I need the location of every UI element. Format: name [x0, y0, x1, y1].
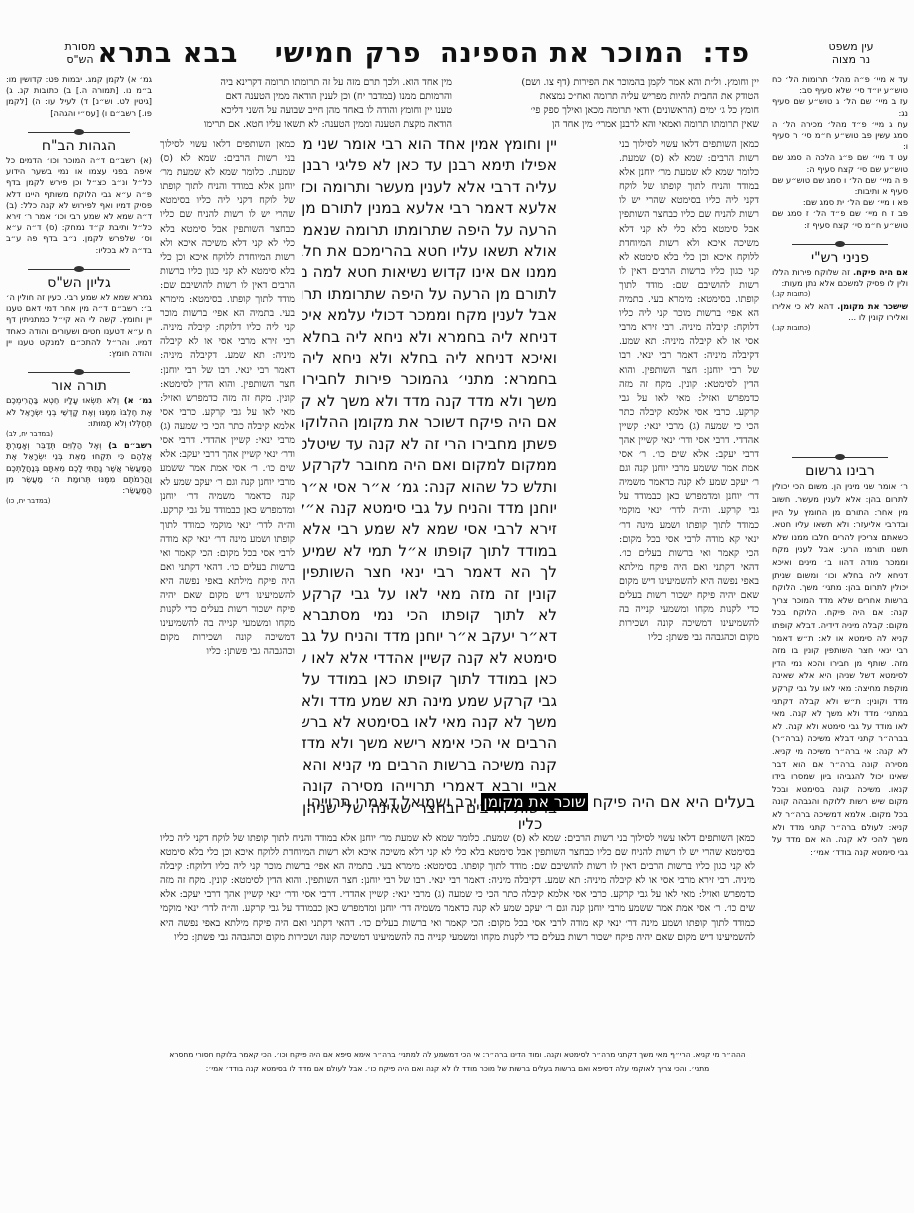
gemara-final-line: בעלים היא אם היה פיקח שוכר את מקומן ירב … [300, 792, 755, 813]
gemara-line: אבל לענין מקח וממכר דכולי עלמא איכא [302, 305, 557, 326]
hagahot-habach-text: (א) רשב״ם ד״ה המוכר וכו׳ הדמים כל איפה ב… [6, 155, 152, 256]
gemara-text: יין וחומץ אמין אחד הוא רבי אומר שני מיני… [302, 134, 557, 819]
rashbam-bottom-text: כמאן השותפים דלאו עשוי לסילוך בני רשות ה… [160, 832, 755, 945]
ein-mishpat-entry: עד א מיי׳ פ״ה מהל׳ תרומות הל׳ כח טוש״ע י… [772, 74, 908, 96]
rashbam-top: מין אחד הוא. ולכך תרם מזה על זה תרומתו ת… [160, 76, 452, 132]
rashbam-side-text: כמאן השותפים דלאו עשוי לסילוך בני רשות ה… [160, 138, 295, 659]
masoret-column: גמ׳ א) לקמן קמג. יבמות פט: קדושין מו: ב״… [6, 74, 152, 508]
tosafot-line: הטודק את החבית להיות מפריש עליה תרומה וא… [462, 90, 759, 104]
pninei-rashi-source: (כתובות קנ.) [772, 289, 908, 300]
rashbam-side-column: כמאן השותפים דלאו עשוי לסילוך בני רשות ה… [160, 138, 295, 813]
pninei-rashi-source: (כתובות קנ.) [772, 323, 908, 334]
gemara-line: משך לא קנה מאי לאו בסימטא לא ברשות [302, 712, 557, 733]
page-title: פד: המוכר את הספינה פרק חמישי בבא בתרא [270, 38, 750, 66]
tractate-name: בבא בתרא [98, 38, 239, 69]
ein-mishpat-entry: פא ו מיי׳ שם הל׳ ית סמג שם: [772, 197, 908, 208]
gemara-line: לא לתוך קופתו הכי נמי מסתברא [302, 605, 557, 626]
footnote-text: ההה״ר מי קניא. הרי״ף מאי משך דקתני מרה״ר… [160, 1048, 755, 1076]
ornament-divider [28, 266, 130, 272]
gemara-line: אולא תשאו עליו חטא בהרימכם את חלבו [302, 241, 557, 262]
gemara-line: במודד לתוך קופתו א״ל תמי לא שמיע [302, 541, 557, 562]
gemara-line: משך ולא מדד קנה מדד ולא משך לא קנה [302, 391, 557, 412]
pninei-rashi-heading: אם היה פיקח. [853, 267, 908, 277]
gemara-line: קונין זה מזה מאי לאו על גבי קרקע [302, 584, 557, 605]
gilyon-hashas-text: גמרא שמא לא שמע רבי. כעין זה חולין ה׳ ב׳… [6, 292, 152, 359]
gemara-line: ממקום למקום ואם היה מחובר לקרקע [302, 455, 557, 476]
tosafot-side-text: כמאן השותפים דלאו עשוי לסילוך בני רשות ה… [619, 138, 759, 645]
chapter-name: המוכר את הספינה [440, 38, 684, 69]
gemara-line: הרבים אי הכי אימא רישא משך ולא מדד [302, 733, 557, 754]
ein-mishpat-entry: עט ד מיי׳ שם פ״ג הלכה ה סמג שם טוש״ע שם … [772, 152, 908, 174]
hagahot-habach-title: הגהות הב"ח [6, 141, 152, 152]
gemara-line: גבי קרקע שמע מינה תא שמע מדד ולא [302, 691, 557, 712]
ein-mishpat-title-line2: נר מצוה [796, 53, 906, 66]
rashbam-line: טענו יין וחומץ והודה לו באחד מהן חייב שב… [160, 104, 452, 118]
rashbam-bottom: כמאן השותפים דלאו עשוי לסילוך בני רשות ה… [160, 832, 755, 1042]
rashbam-line: מין אחד הוא. ולכך תרם מזה על זה תרומתו ת… [160, 76, 452, 90]
gemara-line: לך הא דאמר רבי ינאי חצר השותפין [302, 562, 557, 583]
tosafot-line: חומץ כל ג׳ ימים (הראשונים) ודאי תרומה מכ… [462, 104, 759, 118]
ein-mishpat-column: עד א מיי׳ פ״ה מהל׳ תרומות הל׳ כח טוש״ע י… [772, 74, 908, 858]
ein-mishpat-header: עין משפט נר מצוה [796, 40, 906, 66]
ein-mishpat-entry: פ ה מיי׳ שם הל׳ ו סמג שם טוש״ע שם סעיף א… [772, 175, 908, 197]
rashbam-line: הודאה מקצת הטענה וממין הטענה: לא תשאו על… [160, 118, 452, 132]
ornament-divider [28, 369, 130, 375]
gemara-line: דניחא ליה בחמרא ולא ניחא ליה בחלא [302, 327, 557, 348]
gemara-line: דא״ר יעקב א״ר יוחנן מדד והניח על גבי [302, 626, 557, 647]
ornament-divider [28, 129, 130, 135]
tosafot-top: יין וחומץ. ול״ת והא אמר לקמן בהמוכר את ה… [462, 76, 759, 132]
torah-or-heading: גמ׳ א) [124, 395, 152, 405]
ornament-divider [792, 454, 887, 460]
torah-or-heading: רשב״ם ב) [108, 440, 152, 450]
gemara-line: אלעא דאמר רבי אלעא במנין לתורם מן [302, 198, 557, 219]
gemara-final-suffix: ירב ושמואל דאמרי תרוייהו [307, 793, 482, 811]
daf-number: פד: [703, 38, 750, 69]
torah-or-title: תורה אור [6, 381, 152, 392]
pninei-rashi-heading: שישכר את מקומן. [837, 301, 908, 311]
footnote: ההה״ר מי קניא. הרי״ף מאי משך דקתני מרה״ר… [160, 1048, 755, 1076]
rashbam-line: והרמותם ממנו (במדבר יח) וכן לענין הודאה … [160, 90, 452, 104]
gemara-line: הרעה על היפה שתרומתו תרומה שנאמר [302, 220, 557, 241]
gemara-line: סימטא לא קנה קשיין אהדדי אלא לאו ש״מ [302, 648, 557, 669]
tosafot-line: שאין תרומתו תרומה ואמאי והא לרבנן אמרי׳ … [462, 118, 759, 132]
gemara-line: זירא לרבי אסי שמא לא שמע רבי אלא [302, 519, 557, 540]
ornament-divider [792, 241, 887, 247]
gemara-line: יוחנן מדד והניח על גבי סימטא קנה א״ל ר׳ [302, 498, 557, 519]
gilyon-hashas-title: גליון הש"ס [6, 278, 152, 289]
gemara-line: קנה משיכה ברשות הרבים מי קניא והא [302, 755, 557, 776]
chapter-number: פרק חמישי [275, 38, 422, 69]
gemara-final-prefix: בעלים היא אם היה פיקח [588, 793, 755, 811]
gemara-last-word-text: כליו [518, 815, 543, 833]
gemara-line: יין וחומץ אמין אחד הוא רבי אומר שני מיני… [302, 134, 557, 155]
ein-mishpat-title-line1: עין משפט [796, 40, 906, 53]
ein-mishpat-entry: פב ז ח מיי׳ שם פ״ד הל׳ ז סמג שם טוש״ע ח״… [772, 208, 908, 230]
gemara-line: בחמרא: מתני׳ גהמוכר פירות לחבירו [302, 369, 557, 390]
gemara-line: אפילו תימא רבנן עד כאן לא פליגי רבנן [302, 155, 557, 176]
gemara-line: ממנו אם אינו קדוש נשיאות חטא למה מכאן [302, 262, 557, 283]
gemara-line: ותלש כל שהוא קנה: גמ׳ א״ר אסי א״ר [302, 477, 557, 498]
gemara-line: פשתן מחבירו הרי זה לא קנה עד שיטלטלנו [302, 434, 557, 455]
masoret-hashas-text: גמ׳ א) לקמן קמג. יבמות פט: קדושין מו: ב״… [6, 74, 152, 119]
gemara-line: עליה דרבי אלא לענין מעשר ותרומה וכדר׳ [302, 177, 557, 198]
gemara-line: לתורם מן הרעה על היפה שתרומתו תרומה [302, 284, 557, 305]
gemara-line: ואיכא דניחא ליה בחלא ולא ניחא ליה [302, 348, 557, 369]
ein-mishpat-entry: עח ג מיי׳ פ״ד מהל׳ מכירה הל׳ ה סמג עשין … [772, 119, 908, 153]
torah-or-source: (במדבר יח, כו) [6, 496, 152, 507]
tosafot-line: יין וחומץ. ול״ת והא אמר לקמן בהמוכר את ה… [462, 76, 759, 90]
ein-mishpat-entry: עז ב מיי׳ שם הל׳ ג טוש״ע שם סעיף נג: [772, 96, 908, 118]
rabbeinu-gershom-text: ר׳ אומר שני מינין הן. משום הכי יכולין לת… [772, 480, 908, 858]
torah-or-source: (במדבר יח, לב) [6, 429, 152, 440]
rabbeinu-gershom-title: רבינו גרשום [772, 466, 908, 477]
gemara-line: אם היה פיקח דשוכר את מקומן ההלוקח [302, 412, 557, 433]
tosafot-side-column: כמאן השותפים דלאו עשוי לסילוך בני רשות ה… [619, 138, 759, 813]
gemara-line: כאן במודד לתוך קופתו כאן במודד על [302, 669, 557, 690]
selected-text[interactable]: שוכר את מקומן [481, 793, 587, 811]
pninei-rashi-title: פניני רש"י [772, 253, 908, 264]
